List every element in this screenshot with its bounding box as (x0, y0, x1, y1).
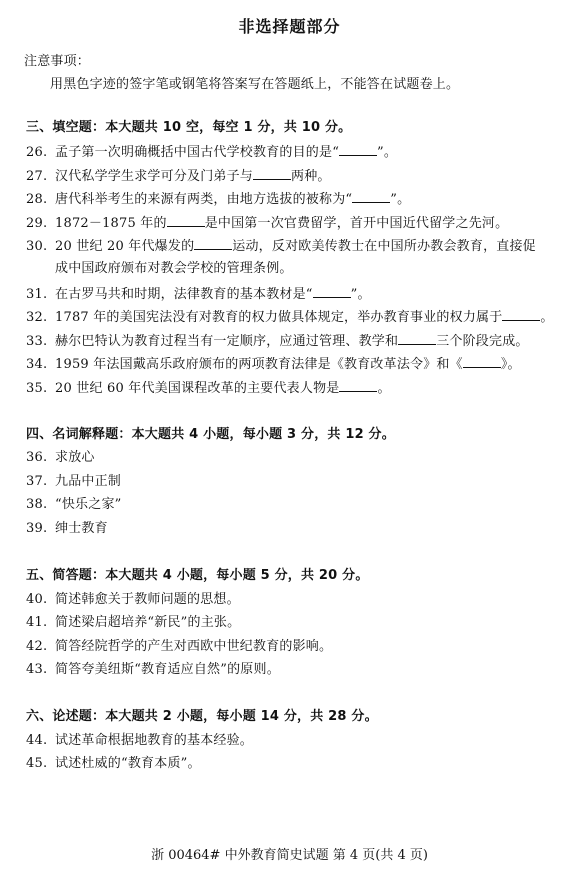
section-header-essay: 六、论述题：本大题共 2 小题，每小题 14 分，共 28 分。 (26, 709, 378, 725)
question-number: 39. (26, 521, 55, 537)
answer-blank (352, 190, 390, 203)
question-41: 41.简述梁启超培养“新民”的主张。 (26, 615, 240, 631)
answer-blank (339, 143, 377, 156)
question-text: 试述革命根据地教育的基本经验。 (55, 733, 253, 748)
question-text: 求放心 (55, 450, 95, 465)
answer-blank (253, 167, 291, 180)
section-header-fill-in: 三、填空题：本大题共 10 空，每空 1 分，共 10 分。 (26, 120, 351, 136)
question-40: 40.简述韩愈关于教师问题的思想。 (26, 592, 240, 608)
question-text: 试述杜威的“教育本质”。 (55, 756, 201, 771)
question-text: 赫尔巴特认为教育过程当有一定顺序，应通过管理、教学和 (55, 334, 398, 349)
question-44: 44.试述革命根据地教育的基本经验。 (26, 733, 253, 749)
question-text-end: ”。 (351, 287, 371, 302)
question-26: 26.孟子第一次明确概括中国古代学校教育的目的是“”。 (26, 143, 397, 161)
question-text: 1787 年的美国宪法没有对教育的权力做具体规定，举办教育事业的权力属于 (55, 310, 502, 325)
question-number: 28. (26, 192, 55, 208)
question-number: 43. (26, 662, 55, 678)
question-text: 汉代私学学生求学可分及门弟子与 (55, 169, 253, 184)
question-text: 九品中正制 (55, 474, 121, 489)
question-text: 1872－1875 年的 (55, 216, 167, 231)
question-text: 20 世纪 20 年代爆发的 (55, 239, 194, 254)
section-header-short-answer: 五、简答题：本大题共 4 小题，每小题 5 分，共 20 分。 (26, 568, 369, 584)
page-title: 非选择题部分 (0, 14, 579, 37)
question-number: 31. (26, 287, 55, 303)
question-31: 31.在古罗马共和时期，法律教育的基本教材是“”。 (26, 285, 371, 303)
question-text-end: 两种。 (291, 169, 331, 184)
question-text: 1959 年法国戴高乐政府颁布的两项教育法律是《教育改革法令》和《 (55, 357, 463, 372)
answer-blank (194, 237, 232, 250)
question-42: 42.简答经院哲学的产生对西欧中世纪教育的影响。 (26, 639, 332, 655)
section-header-term-definition: 四、名词解释题：本大题共 4 小题，每小题 3 分，共 12 分。 (26, 427, 395, 443)
question-number: 32. (26, 310, 55, 326)
question-text: 20 世纪 60 年代美国课程改革的主要代表人物是 (55, 381, 339, 396)
question-33: 33.赫尔巴特认为教育过程当有一定顺序，应通过管理、教学和三个阶段完成。 (26, 332, 529, 350)
answer-blank (502, 308, 540, 321)
question-text-end: 运动，反对欧美传教士在中国所办教会教育，直接促 (232, 239, 536, 254)
question-text-end: 。 (377, 381, 390, 396)
question-35: 35.20 世纪 60 年代美国课程改革的主要代表人物是。 (26, 379, 391, 397)
question-30-continuation: 成中国政府颁布对教会学校的管理条例。 (55, 261, 293, 277)
question-text: 孟子第一次明确概括中国古代学校教育的目的是“ (55, 145, 339, 160)
question-text-end: 。 (540, 310, 553, 325)
question-32: 32.1787 年的美国宪法没有对教育的权力做具体规定，举办教育事业的权力属于。 (26, 308, 554, 326)
question-34: 34.1959 年法国戴高乐政府颁布的两项教育法律是《教育改革法令》和《》。 (26, 355, 521, 373)
question-30: 30.20 世纪 20 年代爆发的运动，反对欧美传教士在中国所办教会教育，直接促 (26, 237, 536, 255)
question-number: 38. (26, 497, 55, 513)
question-number: 35. (26, 381, 55, 397)
question-number: 40. (26, 592, 55, 608)
answer-blank (463, 355, 501, 368)
question-39: 39.绅士教育 (26, 521, 108, 537)
question-text: 唐代科举考生的来源有两类，由地方选拔的被称为“ (55, 192, 352, 207)
answer-blank (339, 379, 377, 392)
question-text: 简述韩愈关于教师问题的思想。 (55, 592, 240, 607)
page-footer: 浙 00464# 中外教育简史试题 第 4 页(共 4 页) (0, 844, 579, 863)
question-text-end: ”。 (390, 192, 410, 207)
question-27: 27.汉代私学学生求学可分及门弟子与两种。 (26, 167, 331, 185)
question-29: 29.1872－1875 年的是中国第一次官费留学，首开中国近代留学之先河。 (26, 214, 508, 232)
question-text: 简答经院哲学的产生对西欧中世纪教育的影响。 (55, 639, 332, 654)
answer-blank (167, 214, 205, 227)
question-number: 45. (26, 756, 55, 772)
question-number: 27. (26, 169, 55, 185)
question-text: 绅士教育 (55, 521, 108, 536)
question-36: 36.求放心 (26, 450, 95, 466)
question-text-end: 是中国第一次官费留学，首开中国近代留学之先河。 (205, 216, 509, 231)
question-28: 28.唐代科举考生的来源有两类，由地方选拔的被称为“”。 (26, 190, 410, 208)
question-37: 37.九品中正制 (26, 474, 121, 490)
question-text-end: ”。 (377, 145, 397, 160)
question-number: 41. (26, 615, 55, 631)
question-text: 简答夸美纽斯“教育适应自然”的原则。 (55, 662, 280, 677)
question-number: 30. (26, 239, 55, 255)
question-number: 36. (26, 450, 55, 466)
answer-blank (313, 285, 351, 298)
question-45: 45.试述杜威的“教育本质”。 (26, 756, 201, 772)
question-text-end: 》。 (501, 357, 521, 372)
question-number: 29. (26, 216, 55, 232)
question-text: “快乐之家” (55, 497, 122, 512)
question-text-end: 三个阶段完成。 (436, 334, 528, 349)
question-text: 在古罗马共和时期，法律教育的基本教材是“ (55, 287, 313, 302)
question-number: 42. (26, 639, 55, 655)
notice-heading: 注意事项： (24, 54, 90, 70)
question-number: 34. (26, 357, 55, 373)
question-number: 37. (26, 474, 55, 490)
notice-body: 用黑色字迹的签字笔或钢笔将答案写在答题纸上，不能答在试题卷上。 (50, 77, 459, 93)
question-43: 43.简答夸美纽斯“教育适应自然”的原则。 (26, 662, 280, 678)
question-38: 38.“快乐之家” (26, 497, 122, 513)
question-text: 简述梁启超培养“新民”的主张。 (55, 615, 240, 630)
question-number: 44. (26, 733, 55, 749)
answer-blank (398, 332, 436, 345)
question-number: 26. (26, 145, 55, 161)
question-number: 33. (26, 334, 55, 350)
